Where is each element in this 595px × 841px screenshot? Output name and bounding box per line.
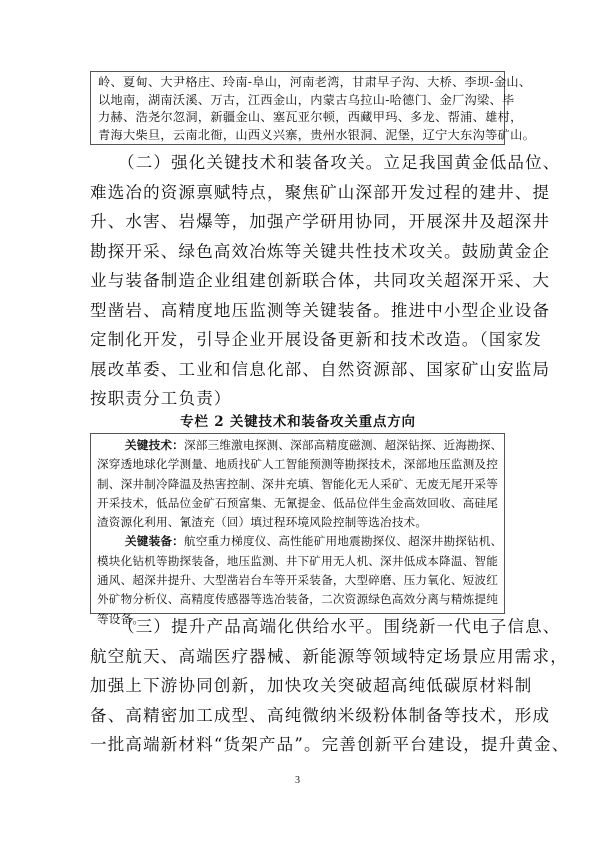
mine-list-box: 岭、夏甸、大尹格庄、玲南-阜山，河南老湾，甘肃早子沟、大桥、李坝-金山、 以地南… [90, 71, 505, 145]
paragraph-line: （三）提升产品高端化供给水平。围绕新一代电子信息、 [90, 612, 506, 642]
box-line: 以地南，湖南沃溪、万古，江西金山，内蒙古乌拉山-哈德门、金厂沟梁、毕 [98, 92, 498, 110]
paragraph-line: 勘探开采、绿色高效冶炼等关键共性技术攻关。鼓励黄金企 [90, 237, 506, 267]
box-line: 制、深井制冷降温及热害控制、深井充填、智能化无人采矿、无废无尾开采等 [97, 475, 499, 494]
tech-first-line: 关键技术：深部三维激电探测、深部高精度磁测、超深钻探、近海勘探、 [97, 436, 499, 455]
section-2-paragraph: （二）强化关键技术和装备攻关。立足我国黄金低品位、 难选冶的资源禀赋特点，聚焦矿… [90, 148, 506, 414]
box-line: 开采技术，低品位金矿石预富集、无氰提金、低品位伴生金高效回收、高硅尾 [97, 494, 499, 513]
paragraph-line: 难选冶的资源禀赋特点，聚焦矿山深部开发过程的建井、提 [90, 178, 506, 208]
box-line: 通风、超深井提升、大型凿岩台车等开采装备，大型碎磨、压力氧化、短波红 [97, 571, 499, 590]
key-tech-equipment-box: 关键技术：深部三维激电探测、深部高精度磁测、超深钻探、近海勘探、 深穿透地球化学… [90, 433, 505, 614]
box-line: 岭、夏甸、大尹格庄、玲南-阜山，河南老湾，甘肃早子沟、大桥、李坝-金山、 [98, 74, 498, 92]
tech-label: 关键技术： [125, 438, 184, 452]
box-line: 航空重力梯度仪、高性能矿用地震勘探仪、超深井勘探钻机、 [184, 534, 502, 548]
equip-first-line: 关键装备：航空重力梯度仪、高性能矿用地震勘探仪、超深井勘探钻机、 [97, 532, 499, 551]
paragraph-line: 升、水害、岩爆等，加强产学研用协同，开展深井及超深井 [90, 207, 506, 237]
section-3-paragraph: （三）提升产品高端化供给水平。围绕新一代电子信息、 航空航天、高端医疗器械、新能… [90, 612, 506, 760]
box-line: 模块化钻机等勘探装备，地压监测、井下矿用无人机、深井低成本降温、智能 [97, 552, 499, 571]
paragraph-line: 备、高精密加工成型、高纯微纳米级粉体制备等技术，形成 [90, 701, 506, 731]
paragraph-line: 一批高端新材料“货架产品”。完善创新平台建设，提升黄金、 [90, 730, 506, 760]
box-line: 外矿物分析仪、高精度传感器等选冶装备，二次资源绿色高效分离与精炼提纯 [97, 590, 499, 609]
page-number: 3 [0, 775, 595, 786]
paragraph-line: 展改革委、工业和信息化部、自然资源部、国家矿山安监局 [90, 355, 506, 385]
paragraph-line: 型凿岩、高精度地压监测等关键装备。推进中小型企业设备 [90, 296, 506, 326]
box-line: 青海大柴旦，云南北衙，山西义兴寨，贵州水银洞、泥堡，辽宁大东沟等矿山。 [98, 127, 498, 145]
paragraph-line: （二）强化关键技术和装备攻关。立足我国黄金低品位、 [90, 148, 506, 178]
paragraph-line: 加强上下游协同创新，加快攻关突破超高纯低碳原材料制 [90, 671, 506, 701]
equip-label: 关键装备： [125, 534, 184, 548]
box-line: 深穿透地球化学测量、地质找矿人工智能预测等勘探技术，深部地压监测及控 [97, 455, 499, 474]
paragraph-line: 定制化开发，引导企业开展设备更新和技术改造。（国家发 [90, 325, 506, 355]
paragraph-line: 业与装备制造企业组建创新联合体，共同攻关超深开采、大 [90, 266, 506, 296]
box-line: 深部三维激电探测、深部高精度磁测、超深钻探、近海勘探、 [184, 438, 502, 452]
box-line: 力赫、浩尧尔忽洞，新疆金山、塞瓦亚尔顿，西藏甲玛、多龙、帮浦、雄村， [98, 109, 498, 127]
box-line: 渣资源化利用、氰渣充（回）填过程环境风险控制等选冶技术。 [97, 513, 499, 532]
paragraph-line: 航空航天、高端医疗器械、新能源等领域特定场景应用需求， [90, 642, 506, 672]
column-box-title: 专栏 2 关键技术和装备攻关重点方向 [90, 410, 506, 430]
